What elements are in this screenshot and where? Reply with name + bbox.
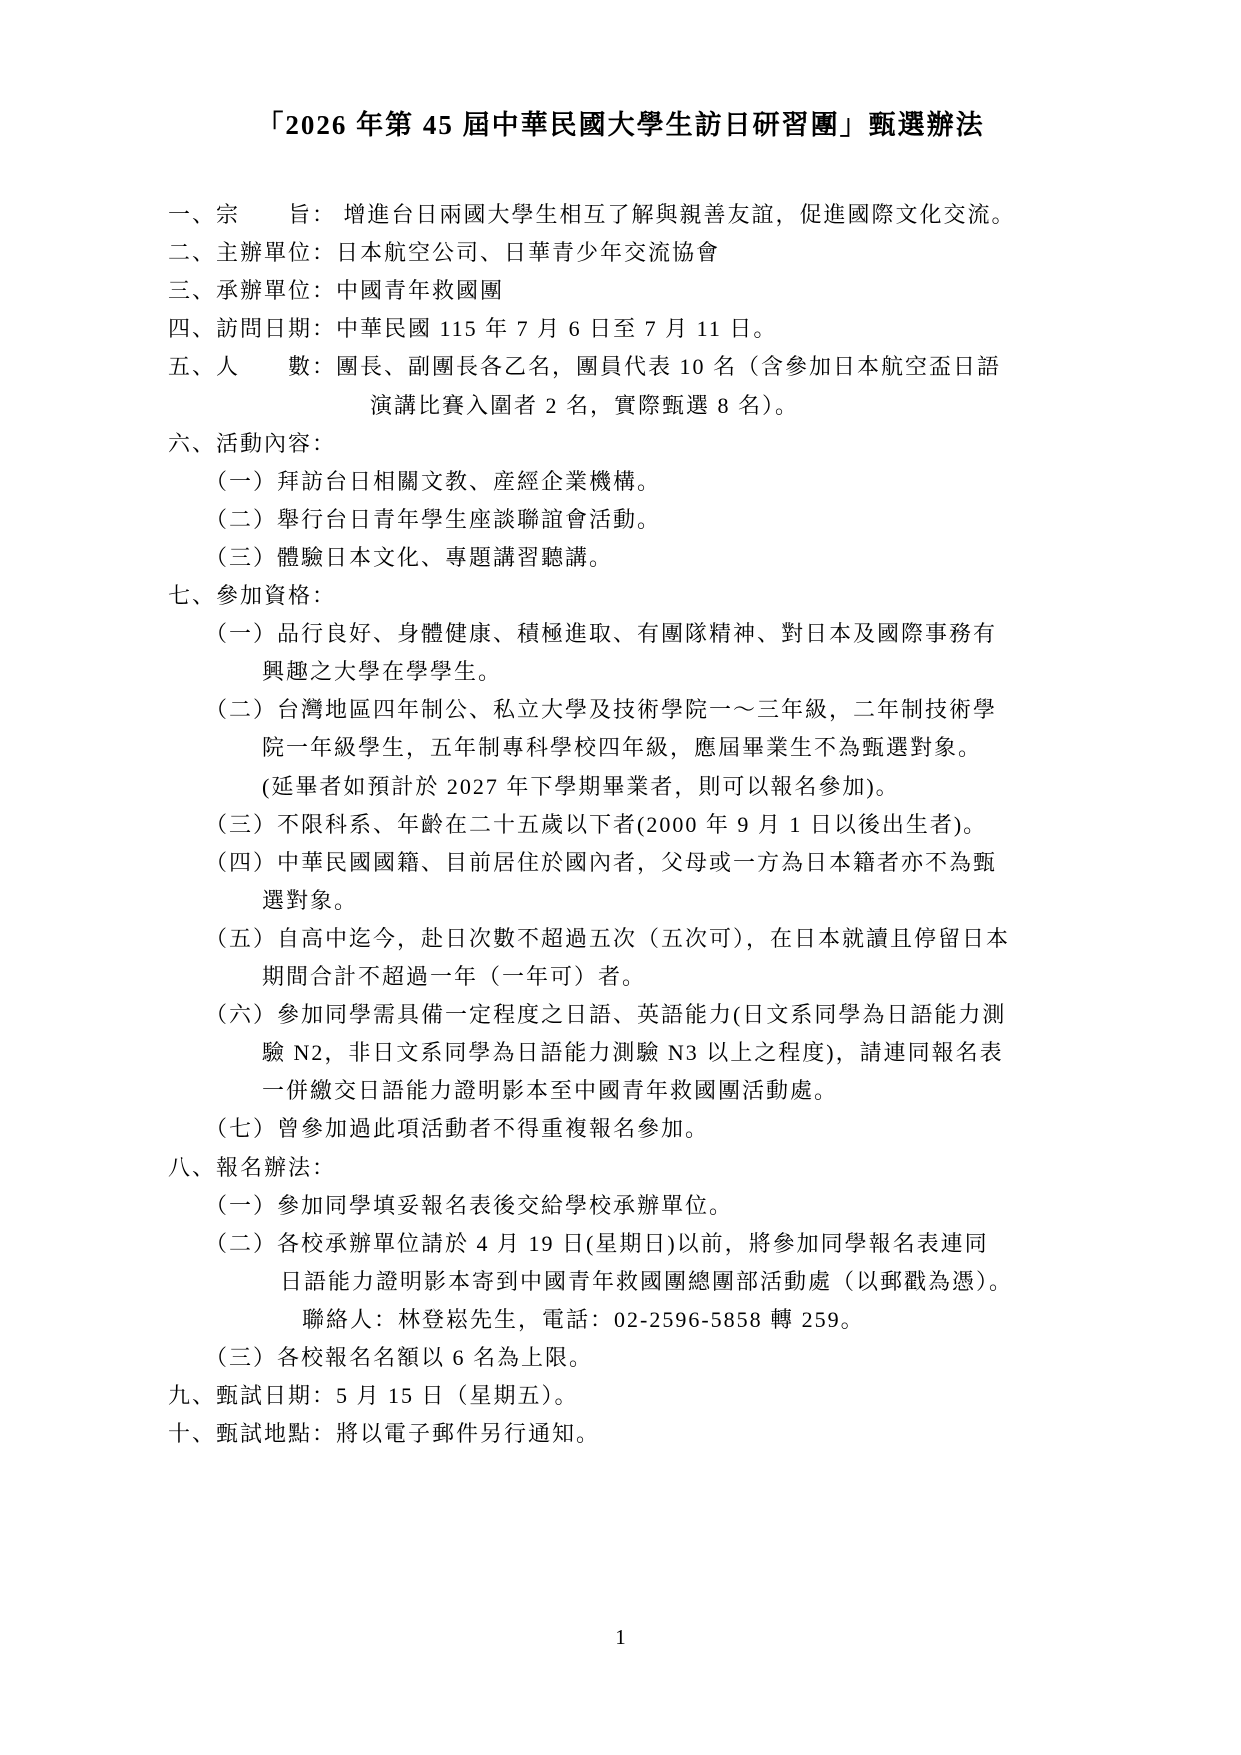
text-line: （三）各校報名名額以 6 名為上限。 — [205, 1339, 593, 1377]
document-page: 「2026 年第 45 屆中華民國大學生訪日研習團」甄選辦法 一、宗 旨： 增進… — [0, 0, 1241, 1755]
text-line: 聯絡人：林登崧先生，電話：02-2596-5858 轉 259。 — [302, 1301, 865, 1339]
text-line: （三）體驗日本文化、專題講習聽講。 — [205, 539, 613, 577]
text-line: （二）各校承辦單位請於 4 月 19 日(星期日)以前，將參加同學報名表連同 — [205, 1225, 989, 1263]
text-line: （三）不限科系、年齡在二十五歲以下者(2000 年 9 月 1 日以後出生者)。 — [205, 806, 987, 844]
text-line: 興趣之大學在學學生。 — [262, 653, 502, 691]
text-line: 九、甄試日期：5 月 15 日（星期五）。 — [168, 1377, 579, 1415]
text-line: （六）參加同學需具備一定程度之日語、英語能力(日文系同學為日語能力測 — [205, 996, 1006, 1034]
text-line: （四）中華民國國籍、目前居住於國內者，父母或一方為日本籍者亦不為甄 — [205, 844, 997, 882]
text-line: （一）參加同學填妥報名表後交給學校承辦單位。 — [205, 1187, 733, 1225]
text-line: 八、報名辦法： — [168, 1149, 336, 1187]
text-line: 三、承辦單位：中國青年救國團 — [168, 272, 504, 310]
text-line: 七、參加資格： — [168, 577, 336, 615]
text-line: 一併繳交日語能力證明影本至中國青年救國團活動處。 — [262, 1072, 838, 1110]
text-line: （二）舉行台日青年學生座談聯誼會活動。 — [205, 501, 661, 539]
page-number: 1 — [0, 1618, 1241, 1656]
text-line: 演講比賽入圍者 2 名，實際甄選 8 名）。 — [370, 387, 799, 425]
text-line: （一）品行良好、身體健康、積極進取、有團隊精神、對日本及國際事務有 — [205, 615, 997, 653]
text-line: 期間合計不超過一年（一年可）者。 — [262, 958, 646, 996]
text-line: 選對象。 — [262, 882, 358, 920]
text-line: 十、甄試地點：將以電子郵件另行通知。 — [168, 1415, 600, 1453]
text-line: 日語能力證明影本寄到中國青年救國團總團部活動處（以郵戳為憑）。 — [280, 1263, 1013, 1301]
text-line: 二、主辦單位：日本航空公司、日華青少年交流協會 — [168, 234, 720, 272]
text-line: （五）自高中迄今，赴日次數不超過五次（五次可），在日本就讀且停留日本 — [205, 920, 1010, 958]
text-line: 院一年級學生，五年制專科學校四年級，應屆畢業生不為甄選對象。 — [262, 729, 982, 767]
text-line: 四、訪問日期：中華民國 115 年 7 月 6 日至 7 月 11 日。 — [168, 310, 777, 348]
text-line: （一）拜訪台日相關文教、産經企業機構。 — [205, 463, 661, 501]
text-line: 五、人 數：團長、副團長各乙名，團員代表 10 名（含參加日本航空盃日語 — [168, 348, 1001, 386]
text-line: 一、宗 旨： 增進台日兩國大學生相互了解與親善友誼，促進國際文化交流。 — [168, 196, 1016, 234]
text-line: 六、活動內容： — [168, 425, 336, 463]
text-line: 驗 N2，非日文系同學為日語能力測驗 N3 以上之程度)，請連同報名表 — [262, 1034, 1004, 1072]
document-body: 一、宗 旨： 增進台日兩國大學生相互了解與親善友誼，促進國際文化交流。二、主辦單… — [0, 0, 1241, 1755]
text-line: （二）台灣地區四年制公、私立大學及技術學院一～三年級，二年制技術學 — [205, 691, 997, 729]
text-line: (延畢者如預計於 2027 年下學期畢業者，則可以報名參加)。 — [262, 768, 900, 806]
text-line: （七）曾參加過此項活動者不得重複報名參加。 — [205, 1110, 709, 1148]
